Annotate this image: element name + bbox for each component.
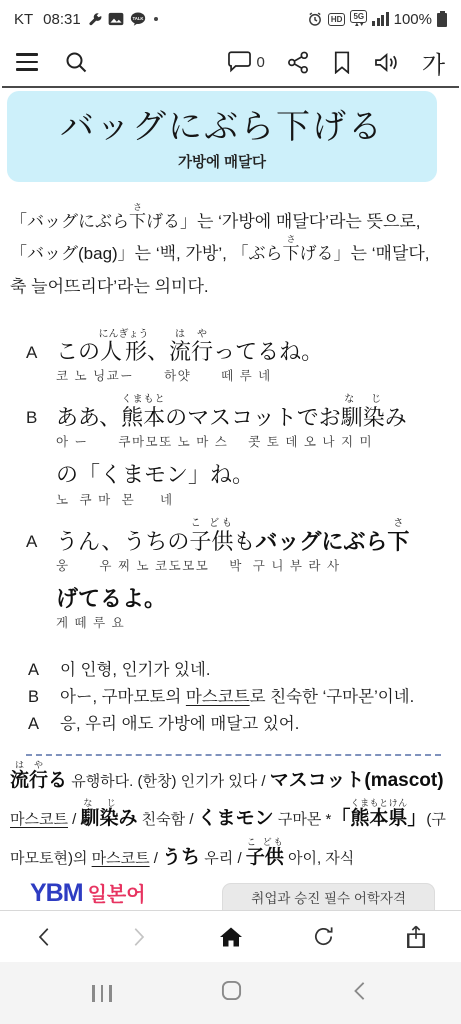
bookmark-icon[interactable] bbox=[332, 51, 352, 74]
dialogue-line-continued: げてるよ。 게 떼 루 요 bbox=[26, 584, 447, 631]
vocab-divider bbox=[26, 754, 441, 756]
dialogue-pronunciation: 게 떼 루 요 bbox=[56, 613, 447, 631]
dialogue-japanese: この人形にんぎょう、流行はやってるね。 bbox=[56, 329, 447, 364]
dialogue-line: A うん、うちの子供こ どももバッグにぶら下さ 웅 우 찌 노 코도모모 박 구… bbox=[26, 518, 447, 574]
content-footer: YBM 일본어 취업과 승진 필수 어학자격 bbox=[0, 878, 461, 910]
svg-text:TALK: TALK bbox=[132, 16, 144, 21]
speaker-label: A bbox=[28, 711, 60, 738]
speaker-label: A bbox=[28, 657, 60, 684]
dialogue-japanese: げてるよ。 bbox=[56, 584, 447, 611]
recent-apps-button[interactable] bbox=[92, 985, 112, 1002]
back-button[interactable] bbox=[30, 926, 60, 948]
intro-paragraph: 「バッグにぶら下さげる」는 ‘가방에 매달다’라는 뜻으로, 「バッグ(bag)… bbox=[10, 202, 449, 303]
carrier-label: KT bbox=[14, 11, 33, 28]
phone-screen: KT 08:31 TALK HD 5G ▲▼ 100% bbox=[0, 0, 461, 1024]
system-home-button[interactable] bbox=[221, 980, 242, 1006]
dialogue-japanese: の「くまモン」ね。 bbox=[56, 460, 447, 487]
dialogue-japanese: ああ、熊本くまもとのマスコットでお馴染な じみ bbox=[56, 394, 447, 430]
battery-icon bbox=[437, 11, 447, 27]
lesson-title-japanese: バッグにぶら下げる bbox=[7, 99, 437, 148]
android-navigation-bar bbox=[0, 962, 461, 1024]
wrench-icon bbox=[87, 12, 102, 27]
translation-line: A 응, 우리 애도 가방에 매달고 있어. bbox=[28, 711, 447, 738]
translation-text: 이 인형, 인기가 있네. bbox=[60, 657, 210, 684]
speaker-label: A bbox=[26, 329, 56, 384]
hd-badge-icon: HD bbox=[328, 13, 346, 26]
dialogue-line: A この人形にんぎょう、流行はやってるね。 코 노 닝교ー 하얏 떼 루 네 bbox=[26, 329, 447, 384]
translation-text: 응, 우리 애도 가방에 매달고 있어. bbox=[60, 711, 299, 738]
export-share-button[interactable] bbox=[401, 925, 431, 949]
screenshot-icon bbox=[108, 12, 124, 26]
comment-count: 0 bbox=[256, 54, 264, 71]
speaker-label: B bbox=[26, 394, 56, 450]
speaker-label: A bbox=[26, 518, 56, 574]
refresh-button[interactable] bbox=[308, 925, 338, 948]
browser-bottom-bar bbox=[0, 910, 461, 962]
clock-text: 08:31 bbox=[43, 11, 81, 28]
dialogue-pronunciation: 코 노 닝교ー 하얏 떼 루 네 bbox=[56, 366, 447, 384]
search-icon[interactable] bbox=[64, 50, 88, 74]
speaker-icon[interactable] bbox=[374, 51, 400, 74]
share-icon[interactable] bbox=[287, 51, 310, 74]
font-size-button[interactable]: 가 bbox=[422, 45, 445, 80]
ybm-logo-text: YBM bbox=[30, 879, 83, 908]
alarm-icon bbox=[307, 11, 323, 27]
system-back-button[interactable] bbox=[351, 981, 369, 1006]
signal-strength-icon bbox=[372, 12, 389, 26]
translation-section: A 이 인형, 인기가 있네. B 아ー, 구마모토의 마스코트로 친숙한 ‘구… bbox=[28, 657, 447, 737]
battery-percent-text: 100% bbox=[394, 11, 432, 28]
dialogue-line-continued: の「くまモン」ね。 노 쿠 마 몬 네 bbox=[26, 460, 447, 507]
forward-button[interactable] bbox=[123, 926, 153, 948]
comment-bubble-icon bbox=[227, 51, 252, 73]
lesson-title-korean: 가방에 매달다 bbox=[7, 151, 437, 172]
dialogue-japanese: うん、うちの子供こ どももバッグにぶら下さ bbox=[56, 518, 447, 554]
translation-line: A 이 인형, 인기가 있네. bbox=[28, 657, 447, 684]
dialogue-pronunciation: 노 쿠 마 몬 네 bbox=[56, 490, 447, 508]
lesson-content: バッグにぶら下げる 가방에 매달다 「バッグにぶら下さげる」는 ‘가방에 매달다… bbox=[0, 88, 461, 910]
app-toolbar: 0 가 bbox=[0, 38, 461, 86]
promo-banner[interactable]: 취업과 승진 필수 어학자격 bbox=[222, 883, 435, 910]
5g-badge-icon: 5G ▲▼ bbox=[350, 10, 367, 28]
ybm-logo: YBM 일본어 bbox=[30, 878, 146, 910]
kakaotalk-icon: TALK bbox=[130, 12, 146, 26]
speaker-label: B bbox=[28, 684, 60, 711]
dialogue-pronunciation: 아 ー 쿠마모또 노 마 스 콧 토 데 오 나 지 미 bbox=[56, 432, 447, 450]
translation-text: 아ー, 구마모토의 마스코트로 친숙한 ‘구마몬’이네. bbox=[60, 684, 414, 711]
vocabulary-section: 流行はやる 유행하다. (한창) 인기가 있다 / マスコット(mascot) … bbox=[10, 760, 449, 879]
dialogue-section: A この人形にんぎょう、流行はやってるね。 코 노 닝교ー 하얏 떼 루 네 B… bbox=[0, 319, 461, 631]
dialogue-line: B ああ、熊本くまもとのマスコットでお馴染な じみ 아 ー 쿠마모또 노 마 스… bbox=[26, 394, 447, 450]
ybm-logo-lang: 일본어 bbox=[88, 878, 146, 907]
menu-icon[interactable] bbox=[16, 53, 38, 70]
status-bar: KT 08:31 TALK HD 5G ▲▼ 100% bbox=[0, 0, 461, 38]
notification-dot-icon bbox=[154, 17, 158, 21]
comments-button[interactable]: 0 bbox=[227, 51, 264, 73]
lesson-title-card: バッグにぶら下げる 가방에 매달다 bbox=[7, 91, 437, 182]
translation-line: B 아ー, 구마모토의 마스코트로 친숙한 ‘구마몬’이네. bbox=[28, 684, 447, 711]
home-button[interactable] bbox=[216, 925, 246, 949]
dialogue-pronunciation: 웅 우 찌 노 코도모모 박 구 니 부 라 사 bbox=[56, 556, 447, 574]
